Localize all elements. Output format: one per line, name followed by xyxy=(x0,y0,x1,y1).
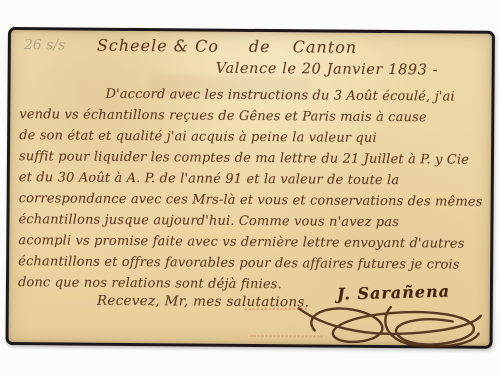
addressee-name: Scheele & Co xyxy=(97,36,219,56)
signature-flourish xyxy=(294,300,486,354)
dateline: Valence le 20 Janvier 1893 - xyxy=(216,61,439,79)
pencil-annotation: 26 s/s xyxy=(24,37,65,53)
addressee-place: de Canton xyxy=(249,37,357,57)
postcard-scan: 26 s/s Scheele & Co de Canton Valence le… xyxy=(6,27,495,349)
letter-body: D'accord avec les instructions du 3 Août… xyxy=(18,83,486,297)
